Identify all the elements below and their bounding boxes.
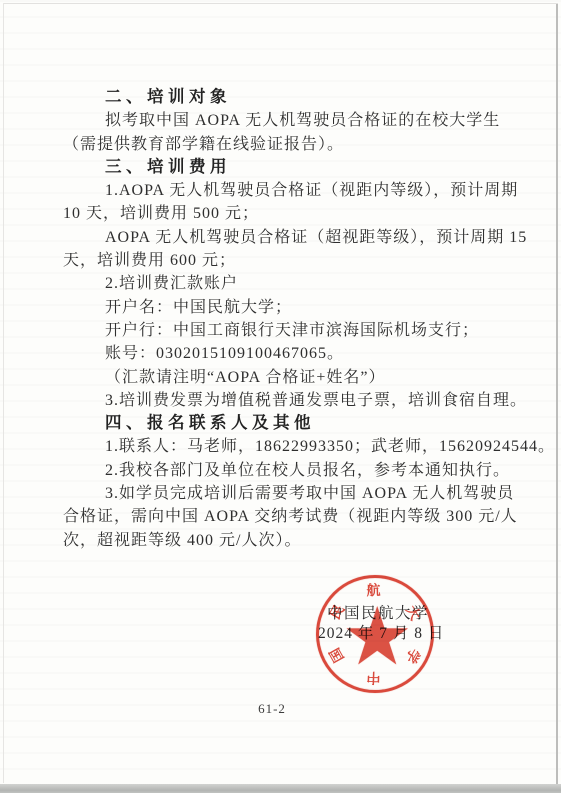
body-line-bank: 开户行：中国工商银行天津市滨海国际机场支行； <box>63 319 523 342</box>
body-line: 2.我校各部门及单位在校人员报名，参考本通知执行。 <box>63 459 523 482</box>
body-line: 天，培训费用 600 元； <box>63 249 523 272</box>
body-line: AOPA 无人机驾驶员合格证（超视距等级），预计周期 15 <box>63 226 523 249</box>
page-edge-left <box>3 3 4 783</box>
scan-bottom-edge <box>0 784 561 793</box>
body-line: 10 天，培训费用 500 元； <box>63 202 523 225</box>
body-line: 次，超视距等级 400 元/人次）。 <box>63 529 523 552</box>
page-edge-top <box>3 3 558 4</box>
body-line-account-number: 账号：0302015109100467065。 <box>63 342 523 365</box>
body-line: （需提供教育部学籍在线验证报告）。 <box>63 133 523 156</box>
section-heading-training-target: 二、培训对象 <box>63 86 523 109</box>
body-line-contact-phones: 1.联系人：马老师，18622993350；武老师，15620924544。 <box>63 435 523 458</box>
official-seal: 中 国 民 航 大 学 ★ <box>316 575 434 693</box>
scanned-document-page: 二、培训对象 拟考取中国 AOPA 无人机驾驶员合格证的在校大学生 （需提供教育… <box>0 0 561 793</box>
body-line-remit-note: （汇款请注明“AOPA 合格证+姓名”） <box>63 366 523 389</box>
page-number: 61-2 <box>246 701 298 717</box>
body-line: 1.AOPA 无人机驾驶员合格证（视距内等级），预计周期 <box>63 179 523 202</box>
section-heading-contacts: 四、报名联系人及其他 <box>63 412 523 435</box>
section-heading-training-fee: 三、培训费用 <box>63 156 523 179</box>
body-line: 合格证，需向中国 AOPA 交纳考试费（视距内等级 300 元/人 <box>63 505 523 528</box>
body-line: 3.培训费发票为增值税普通发票电子票，培训食宿自理。 <box>63 389 523 412</box>
document-body: 二、培训对象 拟考取中国 AOPA 无人机驾驶员合格证的在校大学生 （需提供教育… <box>63 86 523 552</box>
page-edge-right <box>556 4 558 784</box>
body-line: 2.培训费汇款账户 <box>63 272 523 295</box>
body-line: 拟考取中国 AOPA 无人机驾驶员合格证的在校大学生 <box>63 109 523 132</box>
body-line-account-name: 开户名：中国民航大学； <box>63 296 523 319</box>
seal-ring: 中 国 民 航 大 学 ★ <box>316 575 434 693</box>
body-line: 3.如学员完成培训后需要考取中国 AOPA 无人机驾驶员 <box>63 482 523 505</box>
seal-star-icon: ★ <box>341 596 413 676</box>
